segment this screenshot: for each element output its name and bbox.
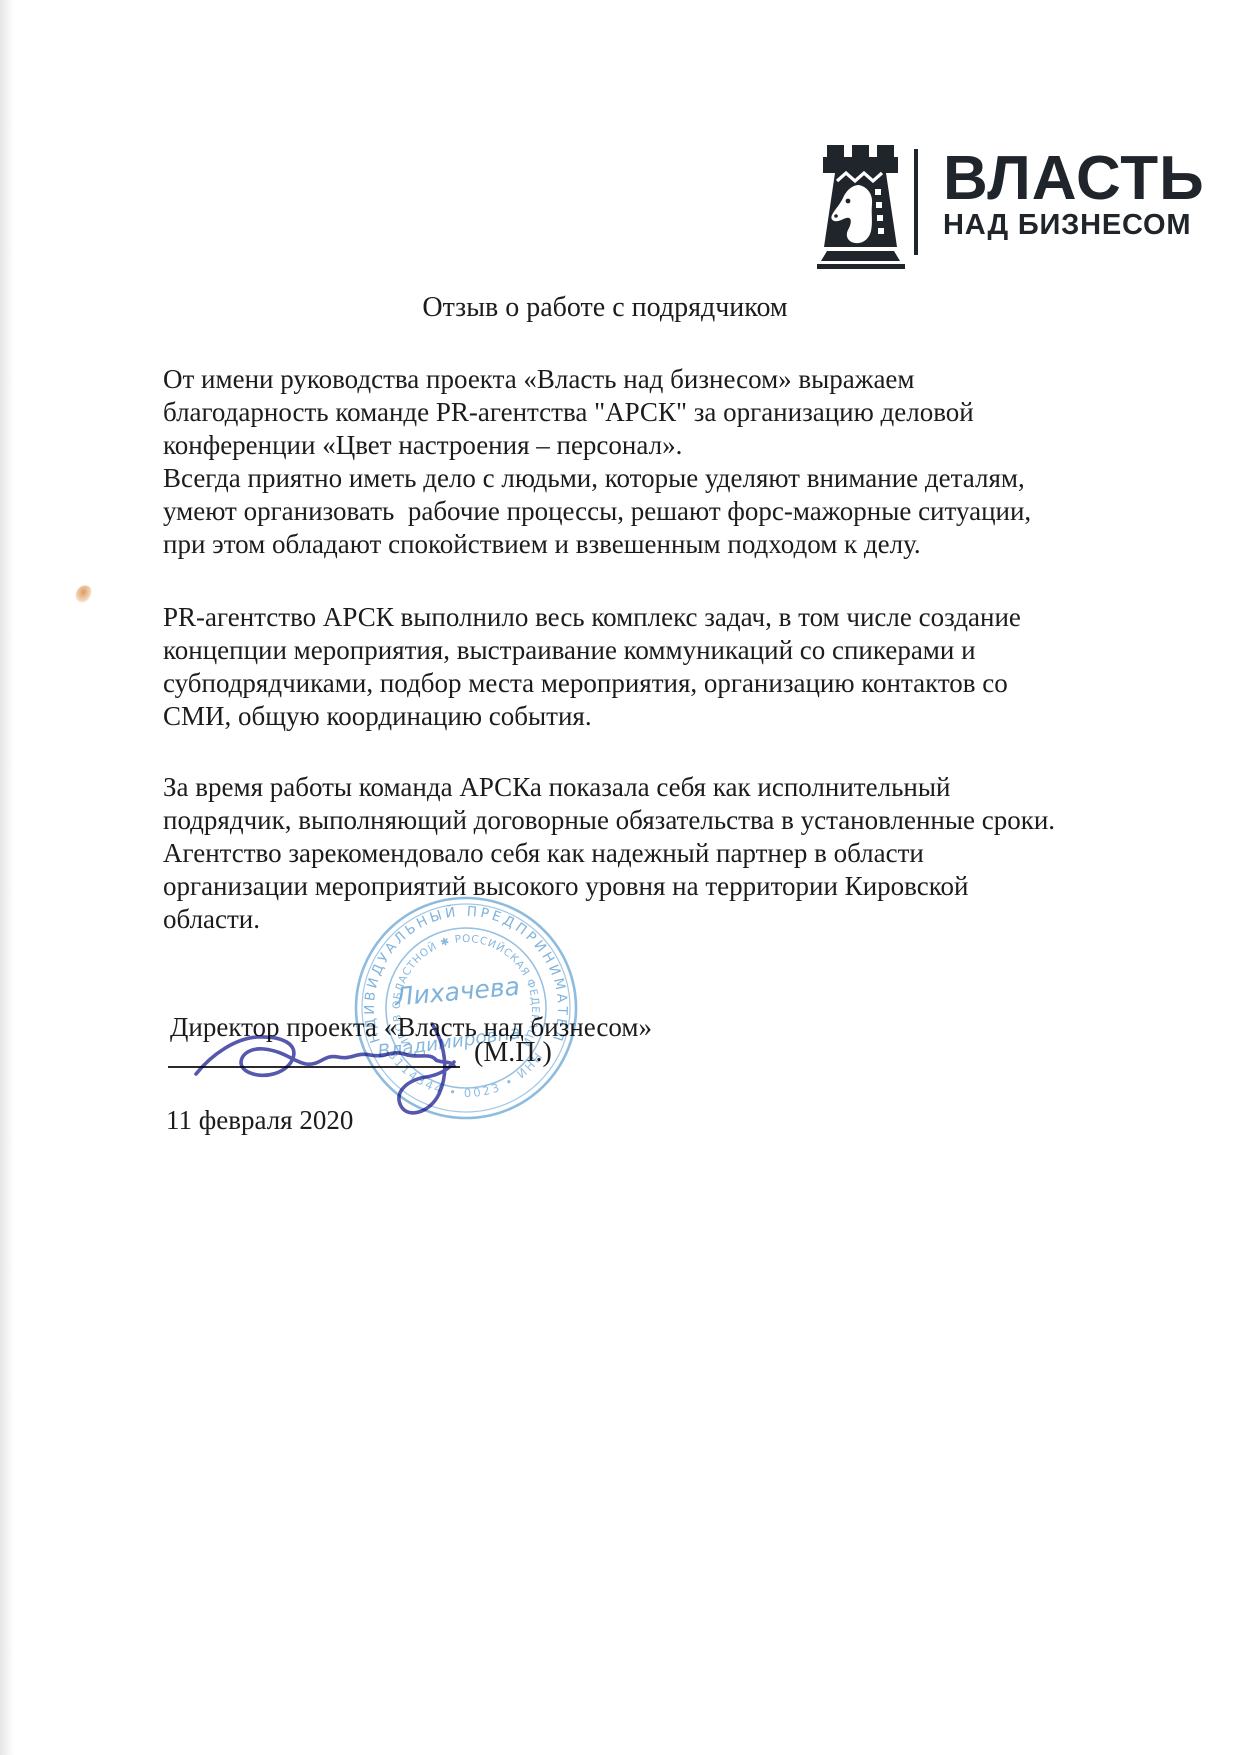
- body-line: организации мероприятий высокого уровня …: [163, 870, 1063, 903]
- paragraph-2: PR-агентство АРСК выполнило весь комплек…: [163, 601, 1063, 733]
- body-line: концепции мероприятия, выстраивание комм…: [163, 634, 1063, 667]
- paper-speck: [74, 583, 94, 605]
- body-line: благодарность команде PR-агентства "АРСК…: [163, 396, 1063, 429]
- body-line: СМИ, общую координацию события.: [163, 700, 1063, 733]
- body-line: конференции «Цвет настроения – персонал»…: [163, 429, 1063, 462]
- body-line: умеют организовать рабочие процессы, реш…: [163, 495, 1063, 528]
- body-line: PR-агентство АРСК выполнило весь комплек…: [163, 601, 1063, 634]
- document-title: Отзыв о работе с подрядчиком: [163, 291, 1047, 324]
- paragraph-3: За время работы команда АРСКа показала с…: [163, 771, 1063, 936]
- body-line: субподрядчиками, подбор места мероприяти…: [163, 667, 1063, 700]
- body-line: при этом обладают спокойствием и взвешен…: [163, 528, 1063, 561]
- logo-title: ВЛАСТЬ: [943, 151, 1205, 207]
- body-line: От имени руководства проекта «Власть над…: [163, 363, 1063, 396]
- body-line: подрядчик, выполняющий договорные обязат…: [163, 804, 1063, 837]
- letter-body: От имени руководства проекта «Власть над…: [163, 363, 1063, 936]
- stamp-surname: Лихачева: [393, 972, 521, 1012]
- body-line: Агентство зарекомендовало себя как надеж…: [163, 837, 1063, 870]
- scan-edge-shadow: [0, 0, 14, 1755]
- body-line: области.: [163, 903, 1063, 936]
- body-line: За время работы команда АРСКа показала с…: [163, 771, 1063, 804]
- scanned-letter-page: ВЛАСТЬ НАД БИЗНЕСОМ Отзыв о работе с под…: [0, 0, 1240, 1755]
- handwritten-signature: [188, 1008, 498, 1136]
- brand-logo: ВЛАСТЬ НАД БИЗНЕСОМ: [815, 143, 1205, 269]
- paragraph-1: От имени руководства проекта «Власть над…: [163, 363, 1063, 561]
- body-line: Всегда приятно иметь дело с людьми, кото…: [163, 462, 1063, 495]
- chess-rook-knight-icon: [815, 143, 907, 269]
- logo-wordmark: ВЛАСТЬ НАД БИЗНЕСОМ: [943, 151, 1205, 241]
- logo-subtitle: НАД БИЗНЕСОМ: [943, 209, 1205, 241]
- logo-divider: [914, 149, 918, 255]
